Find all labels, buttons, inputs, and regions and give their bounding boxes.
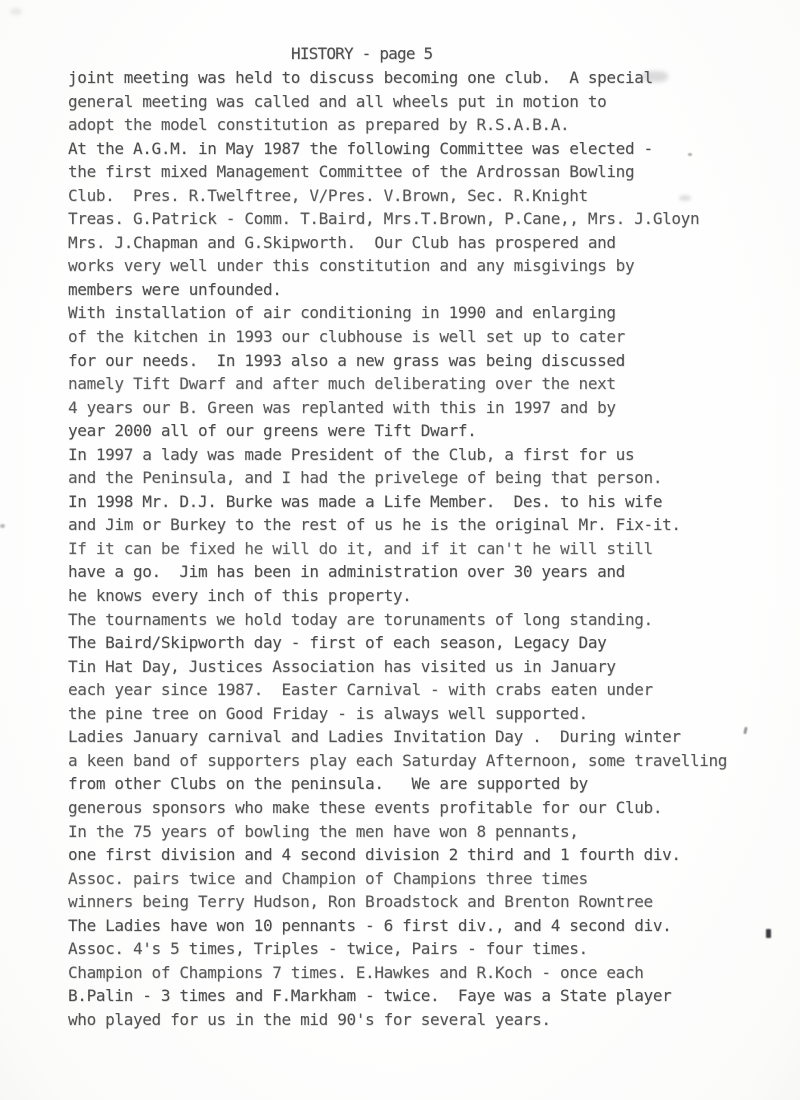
text-line: he knows every inch of this property. bbox=[68, 584, 778, 608]
scan-smudge bbox=[10, 8, 22, 15]
text-line: from other Clubs on the peninsula. We ar… bbox=[68, 772, 778, 796]
text-line: general meeting was called and all wheel… bbox=[68, 90, 778, 114]
text-line: generous sponsors who make these events … bbox=[68, 796, 778, 820]
text-line: Champion of Champions 7 times. E.Hawkes … bbox=[68, 961, 778, 985]
text-line: namely Tift Dwarf and after much deliber… bbox=[68, 372, 778, 396]
typewritten-text-block: joint meeting was held to discuss becomi… bbox=[68, 66, 778, 1031]
text-line: winners being Terry Hudson, Ron Broadsto… bbox=[68, 890, 778, 914]
text-line: the first mixed Management Committee of … bbox=[68, 160, 778, 184]
ink-speck bbox=[0, 524, 5, 528]
text-line: If it can be fixed he will do it, and if… bbox=[68, 537, 778, 561]
text-line: At the A.G.M. in May 1987 the following … bbox=[68, 137, 778, 161]
text-line: one first division and 4 second division… bbox=[68, 843, 778, 867]
text-line: Club. Pres. R.Twelftree, V/Pres. V.Brown… bbox=[68, 184, 778, 208]
text-line: The tournaments we hold today are toruna… bbox=[68, 608, 778, 632]
text-line: works very well under this constitution … bbox=[68, 254, 778, 278]
text-line: Mrs. J.Chapman and G.Skipworth. Our Club… bbox=[68, 231, 778, 255]
text-line: Tin Hat Day, Justices Association has vi… bbox=[68, 655, 778, 679]
text-line: Assoc. 4's 5 times, Triples - twice, Pai… bbox=[68, 937, 778, 961]
text-line: 4 years our B. Green was replanted with … bbox=[68, 396, 778, 420]
text-line: a keen band of supporters play each Satu… bbox=[68, 749, 778, 773]
text-line: of the kitchen in 1993 our clubhouse is … bbox=[68, 325, 778, 349]
text-line: The Baird/Skipworth day - first of each … bbox=[68, 631, 778, 655]
text-line: In 1998 Mr. D.J. Burke was made a Life M… bbox=[68, 490, 778, 514]
scanned-document-page: HISTORY - page 5 joint meeting was held … bbox=[0, 0, 800, 1100]
text-line: and Jim or Burkey to the rest of us he i… bbox=[68, 513, 778, 537]
text-line: The Ladies have won 10 pennants - 6 firs… bbox=[68, 914, 778, 938]
text-line: for our needs. In 1993 also a new grass … bbox=[68, 349, 778, 373]
page-title: HISTORY - page 5 bbox=[291, 44, 432, 63]
text-line: In the 75 years of bowling the men have … bbox=[68, 820, 778, 844]
text-line: the pine tree on Good Friday - is always… bbox=[68, 702, 778, 726]
text-line: members were unfounded. bbox=[68, 278, 778, 302]
text-line: B.Palin - 3 times and F.Markham - twice.… bbox=[68, 984, 778, 1008]
text-line: year 2000 all of our greens were Tift Dw… bbox=[68, 419, 778, 443]
text-line: Assoc. pairs twice and Champion of Champ… bbox=[68, 867, 778, 891]
text-line: have a go. Jim has been in administratio… bbox=[68, 560, 778, 584]
text-line: each year since 1987. Easter Carnival - … bbox=[68, 678, 778, 702]
text-line: In 1997 a lady was made President of the… bbox=[68, 443, 778, 467]
text-line: With installation of air conditioning in… bbox=[68, 301, 778, 325]
text-line: Treas. G.Patrick - Comm. T.Baird, Mrs.T.… bbox=[68, 207, 778, 231]
text-line: who played for us in the mid 90's for se… bbox=[68, 1008, 778, 1032]
text-line: joint meeting was held to discuss becomi… bbox=[68, 66, 778, 90]
text-line: adopt the model constitution as prepared… bbox=[68, 113, 778, 137]
text-line: Ladies January carnival and Ladies Invit… bbox=[68, 725, 778, 749]
text-line: and the Peninsula, and I had the privele… bbox=[68, 466, 778, 490]
